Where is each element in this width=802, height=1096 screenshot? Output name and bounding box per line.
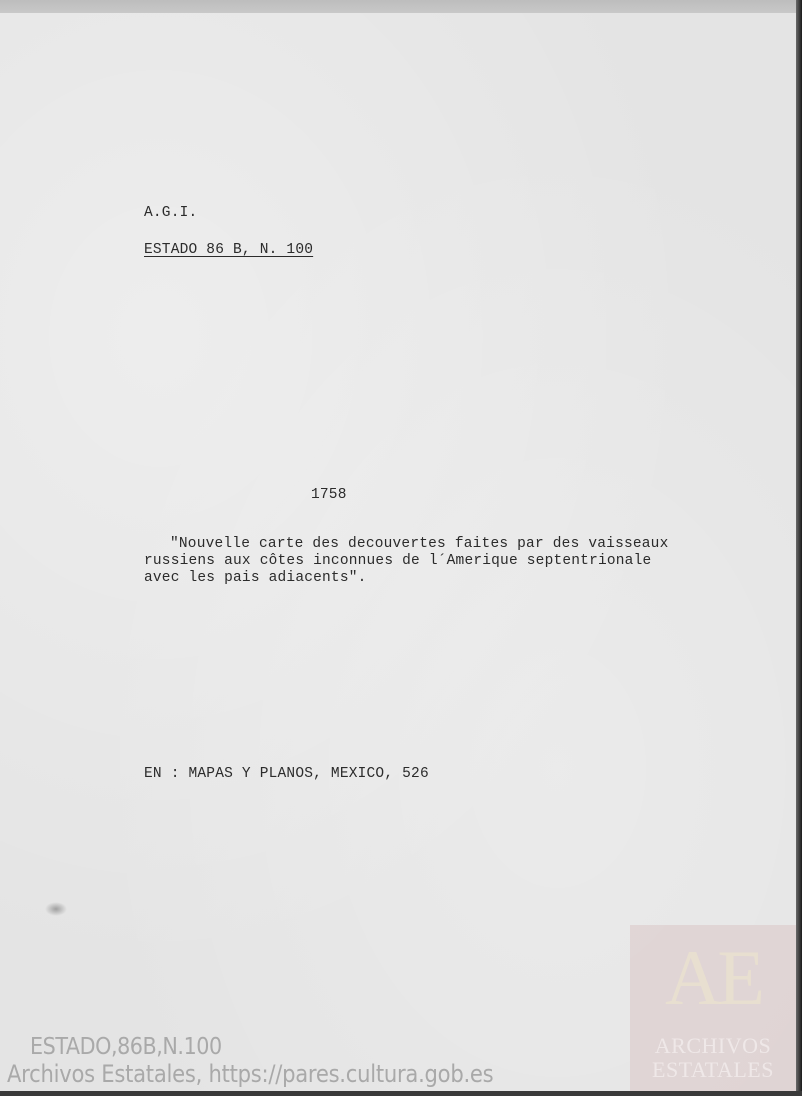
location-note: EN : MAPAS Y PLANOS, MEXICO, 526: [144, 765, 429, 783]
title-line-1: "Nouvelle carte des decouvertes faites p…: [170, 535, 668, 553]
scan-right-border: [796, 0, 802, 1096]
document-reference: ESTADO 86 B, N. 100: [144, 241, 313, 259]
scan-top-border: [0, 0, 802, 13]
logo-line-1: ARCHIVOS: [630, 1035, 796, 1057]
archivos-estatales-logo: AE ARCHIVOS ESTATALES: [630, 925, 796, 1091]
ink-smudge: [45, 902, 67, 916]
logo-line-2: ESTATALES: [630, 1059, 796, 1081]
title-line-2: russiens aux côtes inconnues de l´Ameriq…: [144, 552, 651, 570]
watermark-signature: ESTADO,86B,N.100: [30, 1034, 222, 1060]
archive-code: A.G.I.: [144, 204, 197, 222]
scan-bottom-border: [0, 1091, 802, 1096]
document-year: 1758: [311, 486, 347, 504]
title-line-3: avec les pais adiacents".: [144, 569, 367, 587]
watermark-source: Archivos Estatales, https://pares.cultur…: [7, 1060, 493, 1088]
logo-initials: AE: [630, 933, 796, 1023]
